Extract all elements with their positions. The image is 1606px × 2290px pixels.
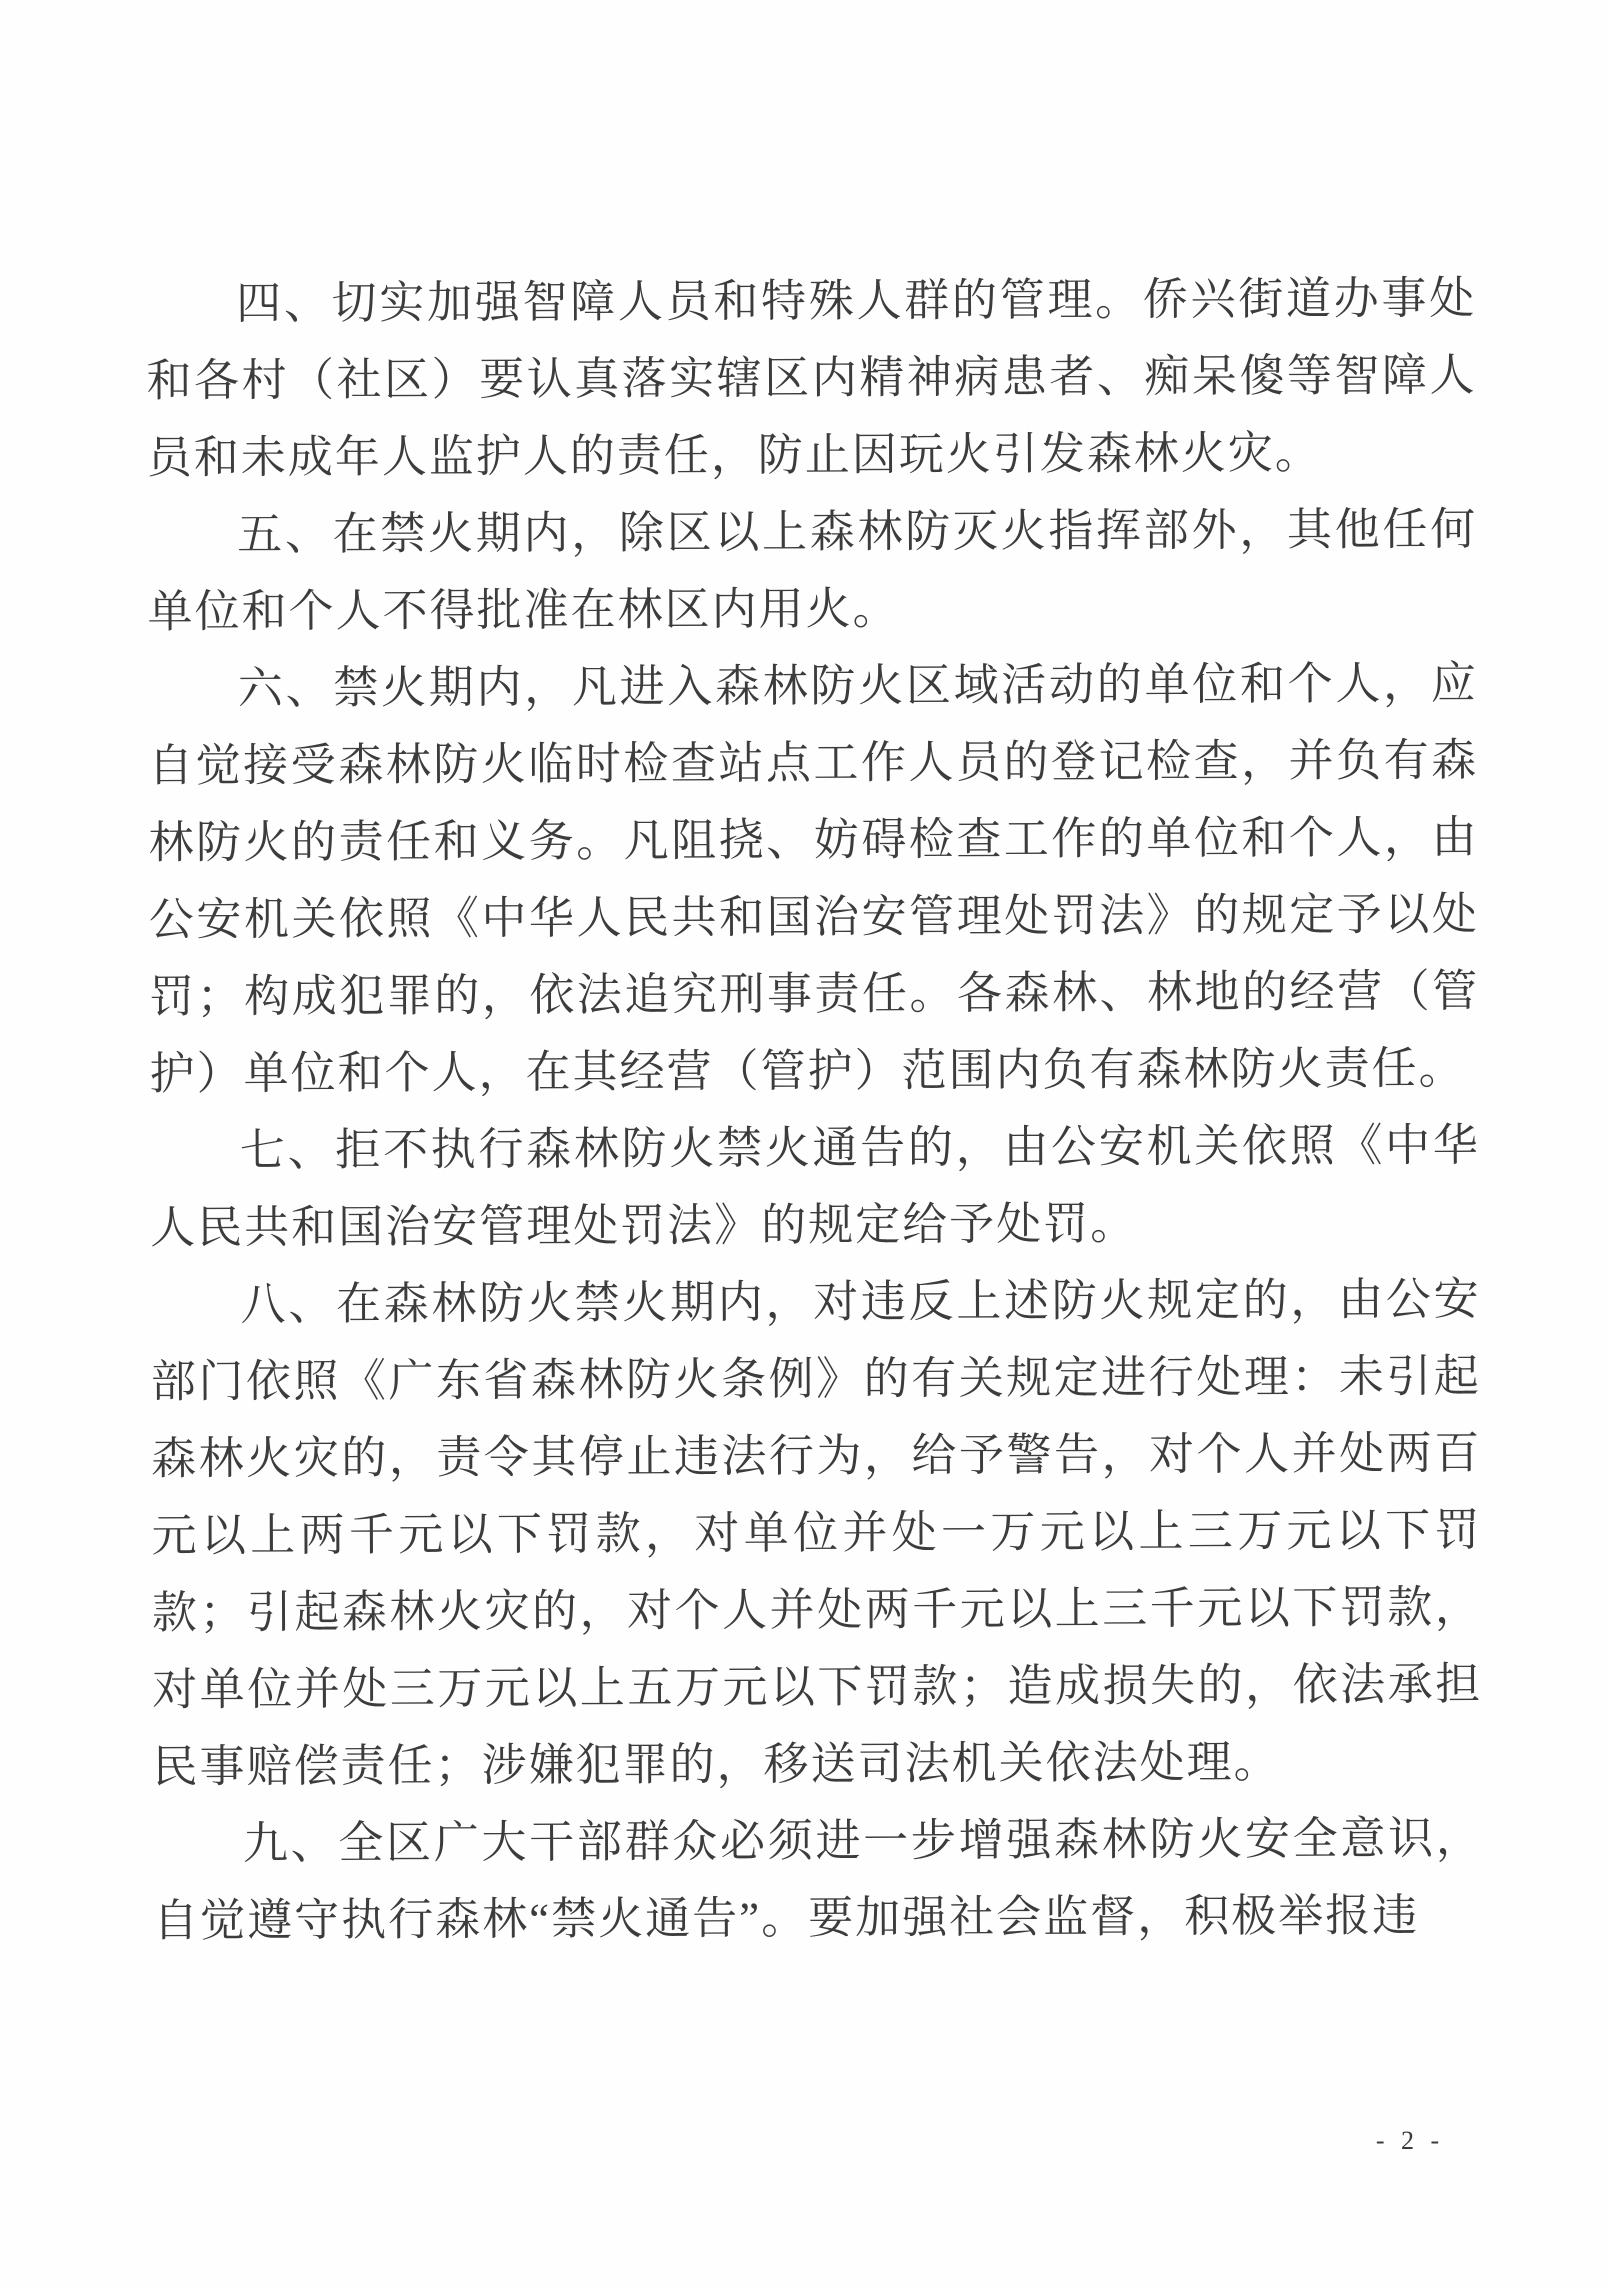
- paragraph-clause-8: 八、在森林防火禁火期内，对违反上述防火规定的，由公安部门依照《广东省森林防火条例…: [150, 1261, 1482, 1806]
- paragraph-clause-4: 四、切实加强智障人员和特殊人群的管理。侨兴街道办事处和各村（社区）要认真落实辖区…: [146, 260, 1477, 497]
- document-body: 四、切实加强智障人员和特殊人群的管理。侨兴街道办事处和各村（社区）要认真落实辖区…: [146, 260, 1483, 1960]
- paragraph-clause-7: 七、拒不执行森林防火禁火通告的，由公安机关依照《中华人民共和国治安管理处罚法》的…: [150, 1107, 1481, 1267]
- paragraph-clause-5: 五、在禁火期内，除区以上森林防灭火指挥部外，其他任何单位和个人不得批准在林区内用…: [147, 491, 1478, 651]
- page-number: - 2 -: [1330, 2126, 1490, 2156]
- paragraph-clause-9: 九、全区广大干部群众必须进一步增强森林防火安全意识，自觉遵守执行森林“禁火通告”…: [153, 1800, 1484, 1960]
- paragraph-clause-6: 六、禁火期内，凡进入森林防火区域活动的单位和个人，应自觉接受森林防火临时检查站点…: [148, 645, 1480, 1113]
- document-page: 四、切实加强智障人员和特殊人群的管理。侨兴街道办事处和各村（社区）要认真落实辖区…: [0, 0, 1606, 2290]
